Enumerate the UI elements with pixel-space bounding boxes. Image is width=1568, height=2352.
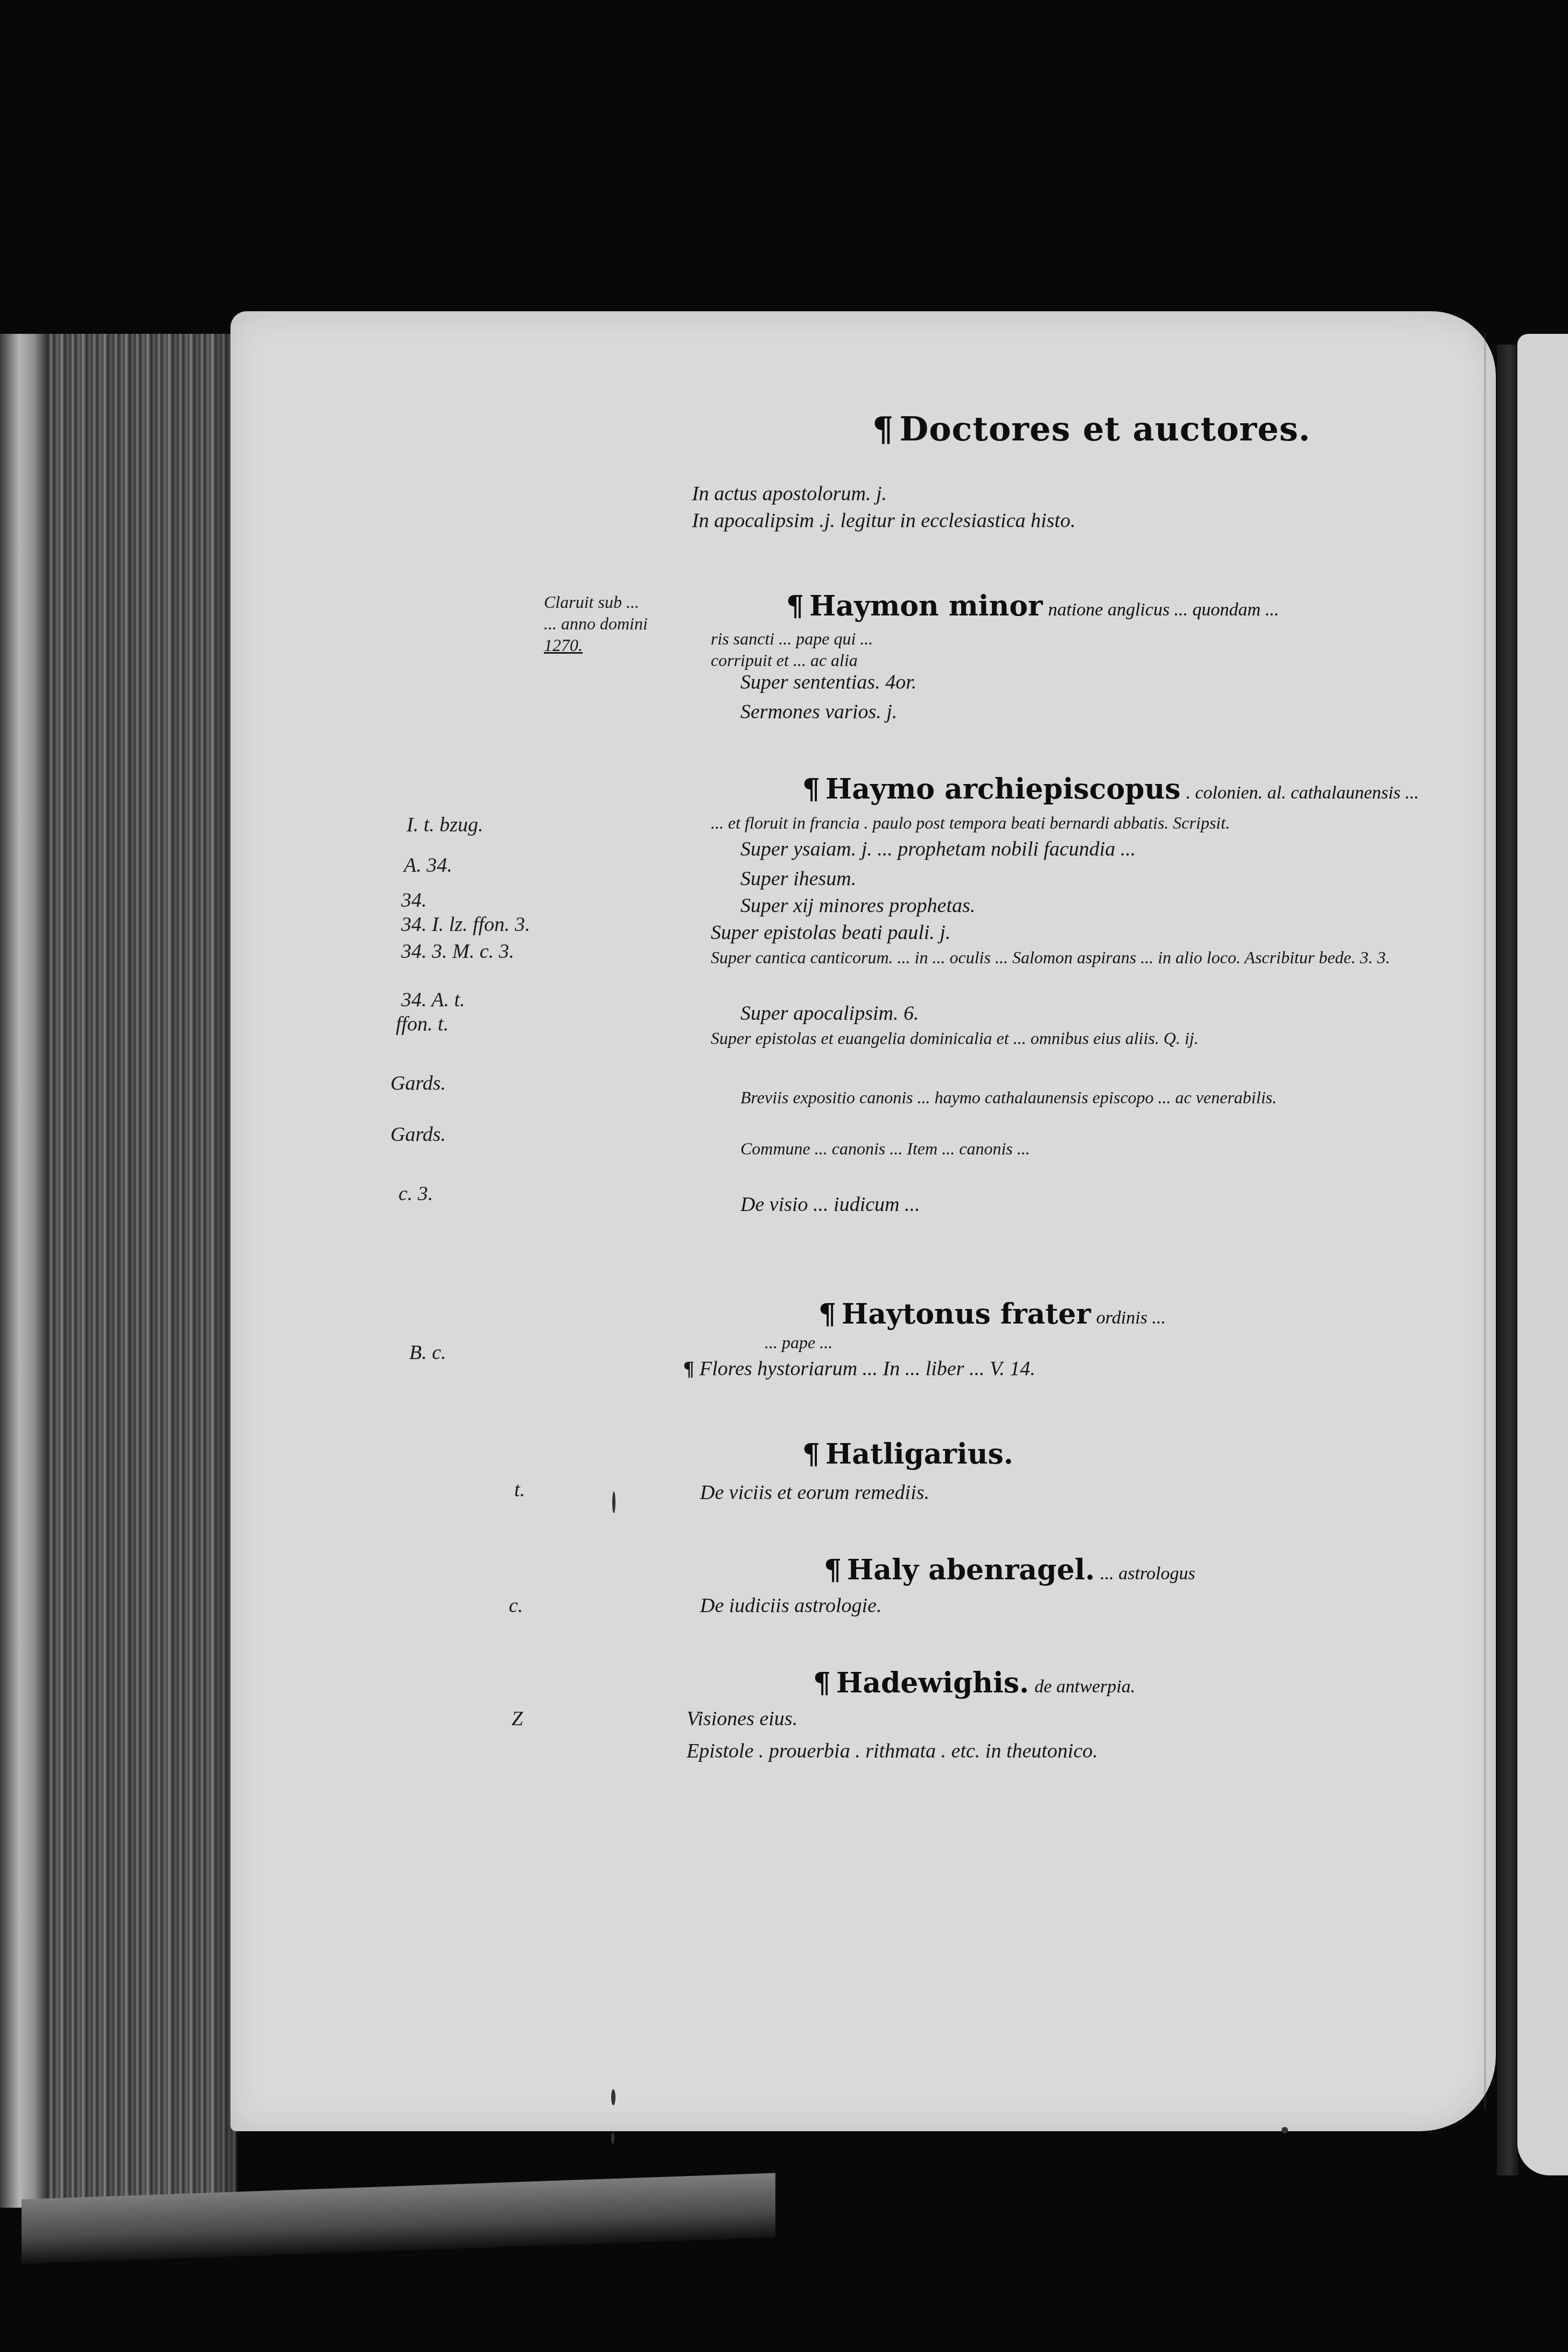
margin-note: ... anno domini xyxy=(544,614,648,634)
heading-text: Doctores et auctores. xyxy=(899,409,1311,449)
paragraph-mark-icon: ¶ xyxy=(786,590,804,622)
paragraph-mark-icon: ¶ xyxy=(684,1357,694,1380)
work-item: Super sententias. 4or. xyxy=(740,670,916,694)
author-name: Hadewighis. xyxy=(836,1667,1029,1699)
intro-line: In apocalipsim .j. legitur in ecclesiast… xyxy=(692,509,1075,533)
author-entry: ¶Haytonus fraterordinis ... xyxy=(818,1298,1166,1331)
work-item: Super xij minores prophetas. xyxy=(740,894,975,918)
author-note: ... astrologus xyxy=(1100,1564,1195,1584)
author-entry: ¶Hatligarius. xyxy=(802,1438,1013,1471)
page-heading: ¶Doctores et auctores. xyxy=(872,409,1311,449)
paragraph-mark-icon: ¶ xyxy=(872,409,894,449)
margin-note: ffon. t. xyxy=(396,1012,449,1036)
margin-note: Z xyxy=(512,1707,523,1731)
paragraph-mark-icon: ¶ xyxy=(818,1298,836,1331)
margin-note: c. 3. xyxy=(398,1182,433,1206)
author-name: Haly abenragel. xyxy=(847,1553,1095,1586)
author-note: . colonien. al. cathalaunensis ... xyxy=(1186,783,1419,803)
paragraph-mark-icon: ¶ xyxy=(802,773,820,806)
ink-blemish xyxy=(611,2089,615,2105)
gutter xyxy=(1497,345,1518,2175)
ink-blemish xyxy=(612,1492,615,1513)
work-item: Super ihesum. xyxy=(740,867,856,891)
work-item: Epistole . prouerbia . rithmata . etc. i… xyxy=(687,1739,1098,1763)
margin-note: 34. A. t. xyxy=(401,988,465,1012)
margin-note: c. xyxy=(509,1594,523,1618)
margin-note: 34. xyxy=(401,888,427,912)
margin-note: Gards. xyxy=(390,1072,446,1095)
author-name: Haymo archiepiscopus xyxy=(825,773,1180,806)
work-item: Super epistolas beati pauli. j. xyxy=(711,921,950,944)
entry-text: ... et floruit in francia . paulo post t… xyxy=(711,813,1230,833)
entry-text: corripuit et ... ac alia xyxy=(711,650,858,670)
author-name: Haymon minor xyxy=(809,590,1042,622)
work-item: Super cantica canticorum. ... in ... ocu… xyxy=(711,948,1390,968)
author-name: Haytonus frater xyxy=(842,1298,1091,1331)
author-note: ordinis ... xyxy=(1096,1308,1166,1328)
paragraph-mark-icon: ¶ xyxy=(802,1438,820,1471)
margin-note: Gards. xyxy=(390,1123,446,1146)
paragraph-mark-icon: ¶ xyxy=(813,1667,831,1699)
work-item: Breviis expositio canonis ... haymo cath… xyxy=(740,1088,1277,1108)
work-text: Flores hystoriarum ... In ... liber ... … xyxy=(699,1357,1035,1380)
author-note: natione anglicus ... quondam ... xyxy=(1048,600,1279,620)
margin-note: A. 34. xyxy=(404,853,452,877)
work-item: De visio ... iudicum ... xyxy=(740,1193,920,1216)
margin-note: B. c. xyxy=(409,1341,446,1364)
margin-note-year: 1270. xyxy=(544,635,583,655)
entry-text: ... pape ... xyxy=(765,1333,832,1353)
work-item: Visiones eius. xyxy=(687,1707,797,1731)
ink-blemish xyxy=(611,2132,614,2144)
work-item: Commune ... canonis ... Item ... canonis… xyxy=(740,1139,1030,1159)
work-item: De viciis et eorum remediis. xyxy=(700,1481,929,1504)
margin-note: t. xyxy=(514,1478,525,1502)
work-item: Sermones varios. j. xyxy=(740,700,897,724)
ink-blemish xyxy=(1282,2127,1288,2133)
author-entry: ¶Hadewighis.de antwerpia. xyxy=(813,1667,1135,1699)
manuscript-page xyxy=(230,311,1496,2131)
author-name: Hatligarius. xyxy=(825,1438,1013,1471)
margin-note: 34. I. lz. ffon. 3. xyxy=(401,913,530,936)
author-note: de antwerpia. xyxy=(1034,1677,1135,1697)
entry-text: ris sancti ... pape qui ... xyxy=(711,629,873,649)
author-entry: ¶Haymon minornatione anglicus ... quonda… xyxy=(786,590,1279,622)
author-entry: ¶Haymo archiepiscopus. colonien. al. cat… xyxy=(802,773,1419,806)
manuscript-photo: ¶Doctores et auctores. In actus apostolo… xyxy=(0,0,1568,2352)
margin-note: Claruit sub ... xyxy=(544,592,639,612)
work-item: Super epistolas et euangelia dominicalia… xyxy=(711,1028,1199,1048)
facing-page xyxy=(1517,334,1568,2175)
work-item: Super apocalipsim. 6. xyxy=(740,1002,919,1025)
work-item: ¶Flores hystoriarum ... In ... liber ...… xyxy=(684,1357,1035,1381)
work-item: De iudiciis astrologie. xyxy=(700,1594,881,1618)
book-fore-edge xyxy=(0,334,237,2208)
margin-note: I. t. bzug. xyxy=(407,813,484,837)
author-entry: ¶Haly abenragel.... astrologus xyxy=(824,1553,1195,1586)
intro-line: In actus apostolorum. j. xyxy=(692,482,887,506)
book-board xyxy=(0,334,48,2208)
paragraph-mark-icon: ¶ xyxy=(824,1553,842,1586)
work-item: Super ysaiam. j. ... prophetam nobili fa… xyxy=(740,837,1136,861)
margin-note: 34. 3. M. c. 3. xyxy=(401,940,514,963)
